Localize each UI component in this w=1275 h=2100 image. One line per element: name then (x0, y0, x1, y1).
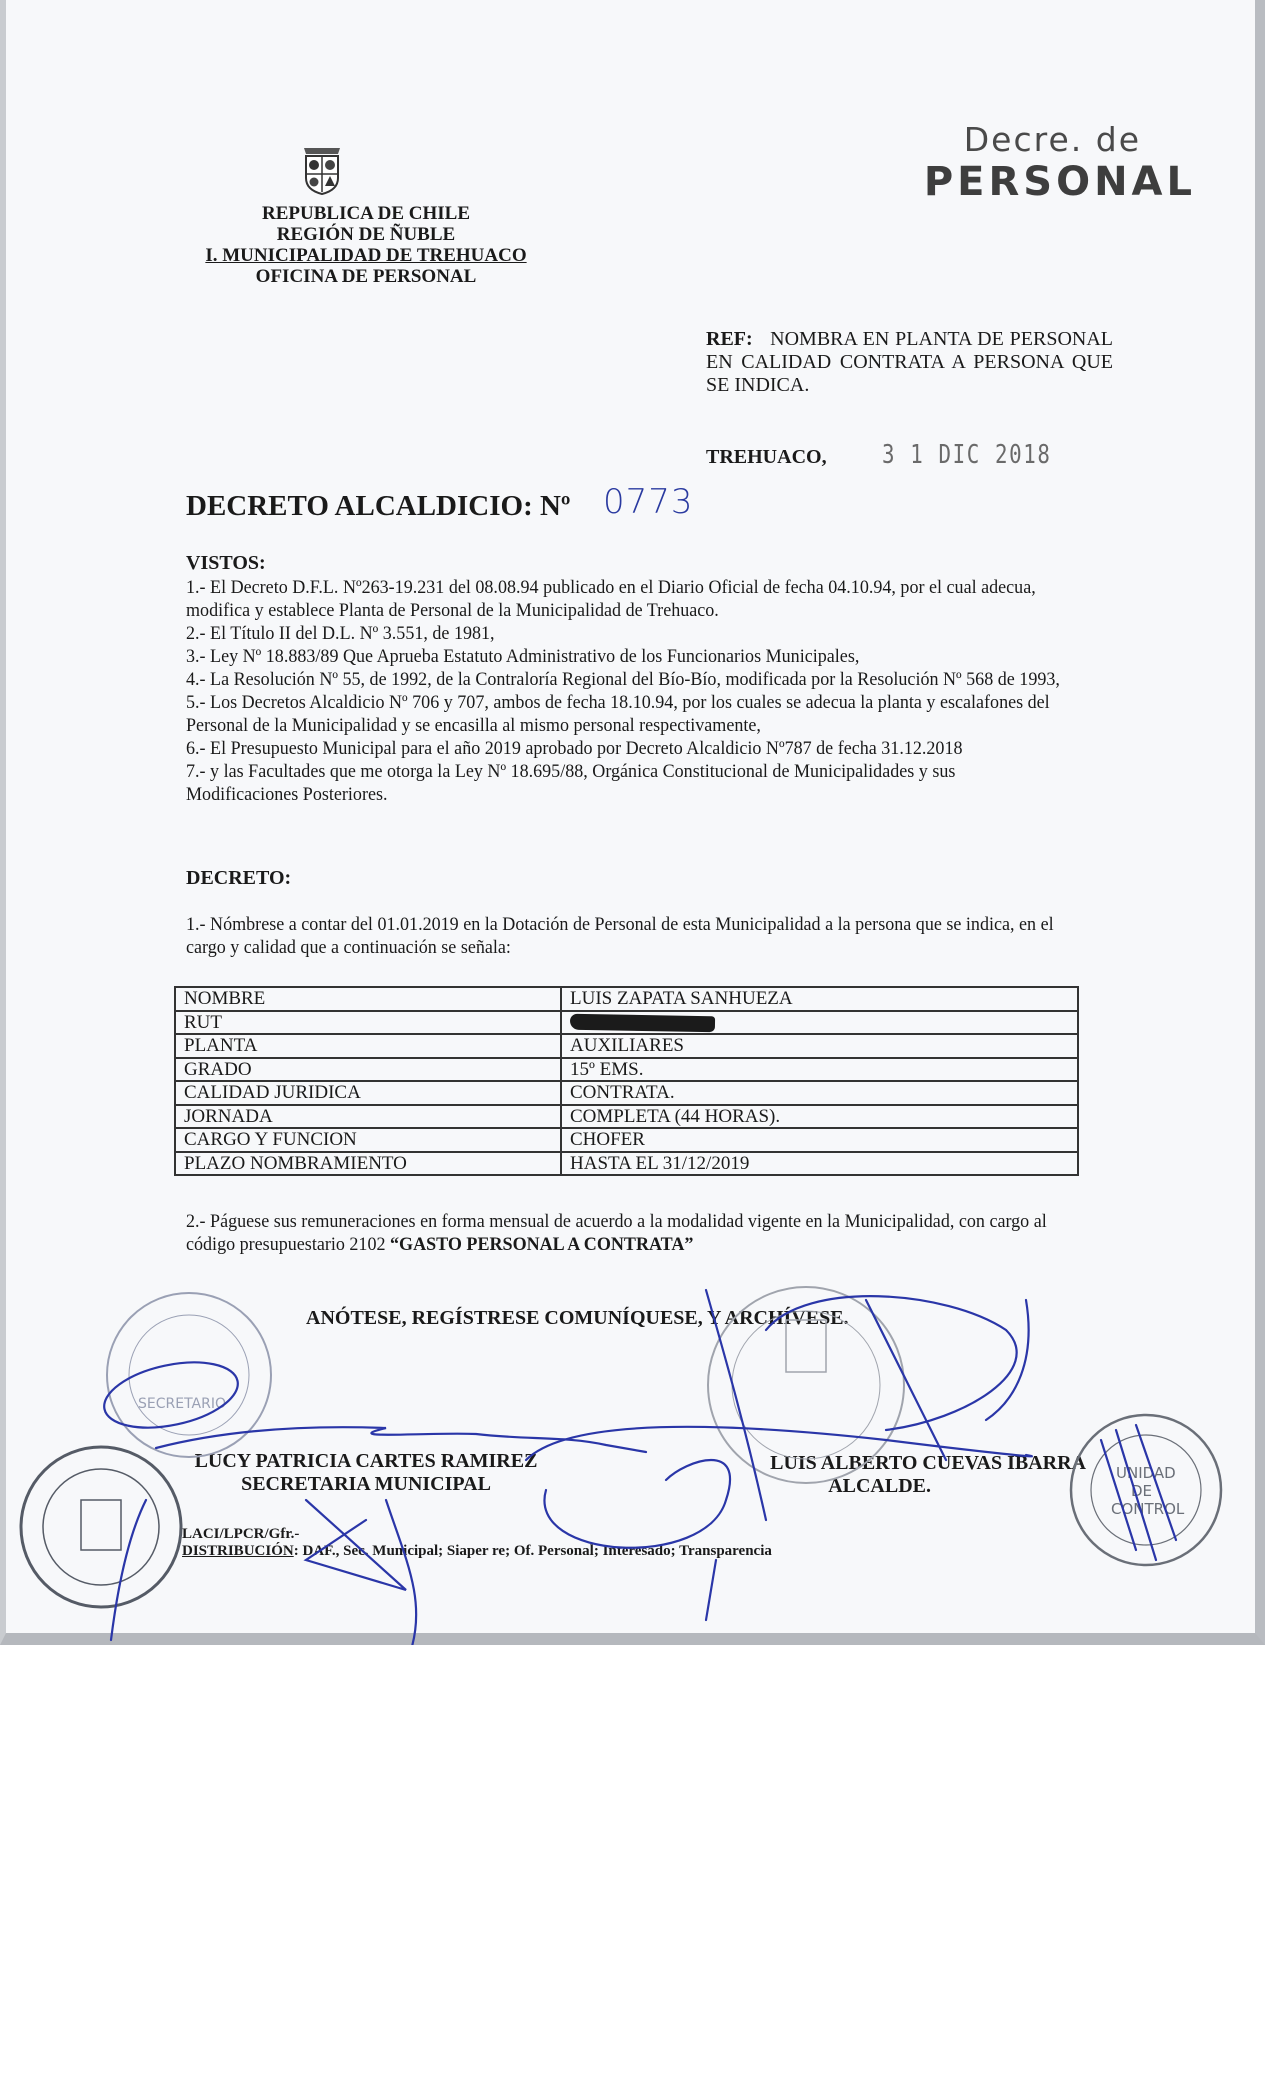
legal-advisor-seal-icon (21, 1447, 181, 1607)
document-page: REPUBLICA DE CHILE REGIÓN DE ÑUBLE I. MU… (0, 0, 1265, 1645)
svg-text:UNIDAD: UNIDAD (1116, 1464, 1176, 1482)
control-unit-seal-icon: UNIDAD DE CONTROL (1071, 1415, 1221, 1565)
stamps-and-signatures: SECRETARIO UNIDAD DE CONTROL (6, 0, 1271, 1645)
handwritten-signatures (98, 1290, 1176, 1645)
svg-text:SECRETARIO: SECRETARIO (138, 1396, 226, 1412)
